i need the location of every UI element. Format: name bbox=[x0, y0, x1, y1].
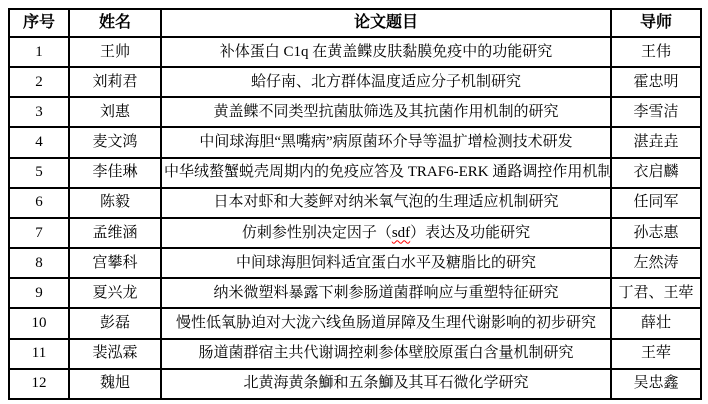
student-name-cell: 孟维涵 bbox=[69, 218, 161, 248]
advisor-name-cell: 吴忠鑫 bbox=[611, 369, 701, 399]
col-header-name: 姓名 bbox=[69, 9, 161, 37]
row-number-cell: 9 bbox=[9, 278, 69, 308]
student-name-cell: 宫攀科 bbox=[69, 248, 161, 278]
table-row: 11裴泓霖肠道菌群宿主共代谢调控刺参体壁胶原蛋白含量机制研究王荦 bbox=[9, 339, 701, 369]
thesis-title-cell: 肠道菌群宿主共代谢调控刺参体壁胶原蛋白含量机制研究 bbox=[161, 339, 611, 369]
table-row: 2刘莉君蛤仔南、北方群体温度适应分子机制研究霍忠明 bbox=[9, 67, 701, 97]
col-header-no: 序号 bbox=[9, 9, 69, 37]
student-name-cell: 李佳琳 bbox=[69, 158, 161, 188]
student-name-cell: 夏兴龙 bbox=[69, 278, 161, 308]
student-name-cell: 刘莉君 bbox=[69, 67, 161, 97]
row-number-cell: 3 bbox=[9, 97, 69, 127]
thesis-title-cell: 日本对虾和大菱鲆对纳米氧气泡的生理适应机制研究 bbox=[161, 188, 611, 218]
thesis-title-cell: 补体蛋白 C1q 在黄盖鲽皮肤黏膜免疫中的功能研究 bbox=[161, 37, 611, 67]
table-row: 1王帅补体蛋白 C1q 在黄盖鲽皮肤黏膜免疫中的功能研究王伟 bbox=[9, 37, 701, 67]
row-number-cell: 11 bbox=[9, 339, 69, 369]
student-name-cell: 刘惠 bbox=[69, 97, 161, 127]
table-row: 12魏旭北黄海黄条鰤和五条鰤及其耳石微化学研究吴忠鑫 bbox=[9, 369, 701, 399]
thesis-title-cell: 纳米微塑料暴露下刺参肠道菌群响应与重塑特征研究 bbox=[161, 278, 611, 308]
thesis-table-header: 序号 姓名 论文题目 导师 bbox=[9, 9, 701, 37]
row-number-cell: 10 bbox=[9, 308, 69, 338]
advisor-name-cell: 李雪洁 bbox=[611, 97, 701, 127]
thesis-title-cell: 仿刺参性别决定因子（sdf）表达及功能研究 bbox=[161, 218, 611, 248]
table-row: 3刘惠黄盖鲽不同类型抗菌肽筛选及其抗菌作用机制的研究李雪洁 bbox=[9, 97, 701, 127]
thesis-title-cell: 北黄海黄条鰤和五条鰤及其耳石微化学研究 bbox=[161, 369, 611, 399]
table-row: 7孟维涵仿刺参性别决定因子（sdf）表达及功能研究孙志惠 bbox=[9, 218, 701, 248]
advisor-name-cell: 任同军 bbox=[611, 188, 701, 218]
row-number-cell: 5 bbox=[9, 158, 69, 188]
advisor-name-cell: 薛壮 bbox=[611, 308, 701, 338]
student-name-cell: 彭磊 bbox=[69, 308, 161, 338]
thesis-title-cell: 中间球海胆饲料适宜蛋白水平及糖脂比的研究 bbox=[161, 248, 611, 278]
advisor-name-cell: 孙志惠 bbox=[611, 218, 701, 248]
row-number-cell: 2 bbox=[9, 67, 69, 97]
advisor-name-cell: 湛垚垚 bbox=[611, 127, 701, 157]
advisor-name-cell: 衣启麟 bbox=[611, 158, 701, 188]
thesis-table: 序号 姓名 论文题目 导师 1王帅补体蛋白 C1q 在黄盖鲽皮肤黏膜免疫中的功能… bbox=[8, 8, 702, 400]
advisor-name-cell: 左然涛 bbox=[611, 248, 701, 278]
row-number-cell: 6 bbox=[9, 188, 69, 218]
row-number-cell: 4 bbox=[9, 127, 69, 157]
table-row: 6陈毅日本对虾和大菱鲆对纳米氧气泡的生理适应机制研究任同军 bbox=[9, 188, 701, 218]
thesis-table-body: 1王帅补体蛋白 C1q 在黄盖鲽皮肤黏膜免疫中的功能研究王伟2刘莉君蛤仔南、北方… bbox=[9, 37, 701, 399]
row-number-cell: 8 bbox=[9, 248, 69, 278]
student-name-cell: 麦文鸿 bbox=[69, 127, 161, 157]
table-row: 10彭磊慢性低氧胁迫对大泷六线鱼肠道屏障及生理代谢影响的初步研究薛壮 bbox=[9, 308, 701, 338]
thesis-title-cell: 中华绒螯蟹蜕壳周期内的免疫应答及 TRAF6-ERK 通路调控作用机制 bbox=[161, 158, 611, 188]
student-name-cell: 魏旭 bbox=[69, 369, 161, 399]
advisor-name-cell: 丁君、王荦 bbox=[611, 278, 701, 308]
col-header-title: 论文题目 bbox=[161, 9, 611, 37]
thesis-title-cell: 中间球海胆“黑嘴病”病原菌环介导等温扩增检测技术研发 bbox=[161, 127, 611, 157]
thesis-title-cell: 黄盖鲽不同类型抗菌肽筛选及其抗菌作用机制的研究 bbox=[161, 97, 611, 127]
thesis-title-cell: 慢性低氧胁迫对大泷六线鱼肠道屏障及生理代谢影响的初步研究 bbox=[161, 308, 611, 338]
advisor-name-cell: 王荦 bbox=[611, 339, 701, 369]
misspelled-word: sdf bbox=[392, 225, 410, 241]
col-header-advisor: 导师 bbox=[611, 9, 701, 37]
advisor-name-cell: 霍忠明 bbox=[611, 67, 701, 97]
table-row: 9夏兴龙纳米微塑料暴露下刺参肠道菌群响应与重塑特征研究丁君、王荦 bbox=[9, 278, 701, 308]
student-name-cell: 王帅 bbox=[69, 37, 161, 67]
row-number-cell: 1 bbox=[9, 37, 69, 67]
student-name-cell: 裴泓霖 bbox=[69, 339, 161, 369]
row-number-cell: 12 bbox=[9, 369, 69, 399]
thesis-title-cell: 蛤仔南、北方群体温度适应分子机制研究 bbox=[161, 67, 611, 97]
student-name-cell: 陈毅 bbox=[69, 188, 161, 218]
table-row: 8宫攀科中间球海胆饲料适宜蛋白水平及糖脂比的研究左然涛 bbox=[9, 248, 701, 278]
table-row: 4麦文鸿中间球海胆“黑嘴病”病原菌环介导等温扩增检测技术研发湛垚垚 bbox=[9, 127, 701, 157]
advisor-name-cell: 王伟 bbox=[611, 37, 701, 67]
header-row: 序号 姓名 论文题目 导师 bbox=[9, 9, 701, 37]
table-row: 5李佳琳中华绒螯蟹蜕壳周期内的免疫应答及 TRAF6-ERK 通路调控作用机制衣… bbox=[9, 158, 701, 188]
row-number-cell: 7 bbox=[9, 218, 69, 248]
